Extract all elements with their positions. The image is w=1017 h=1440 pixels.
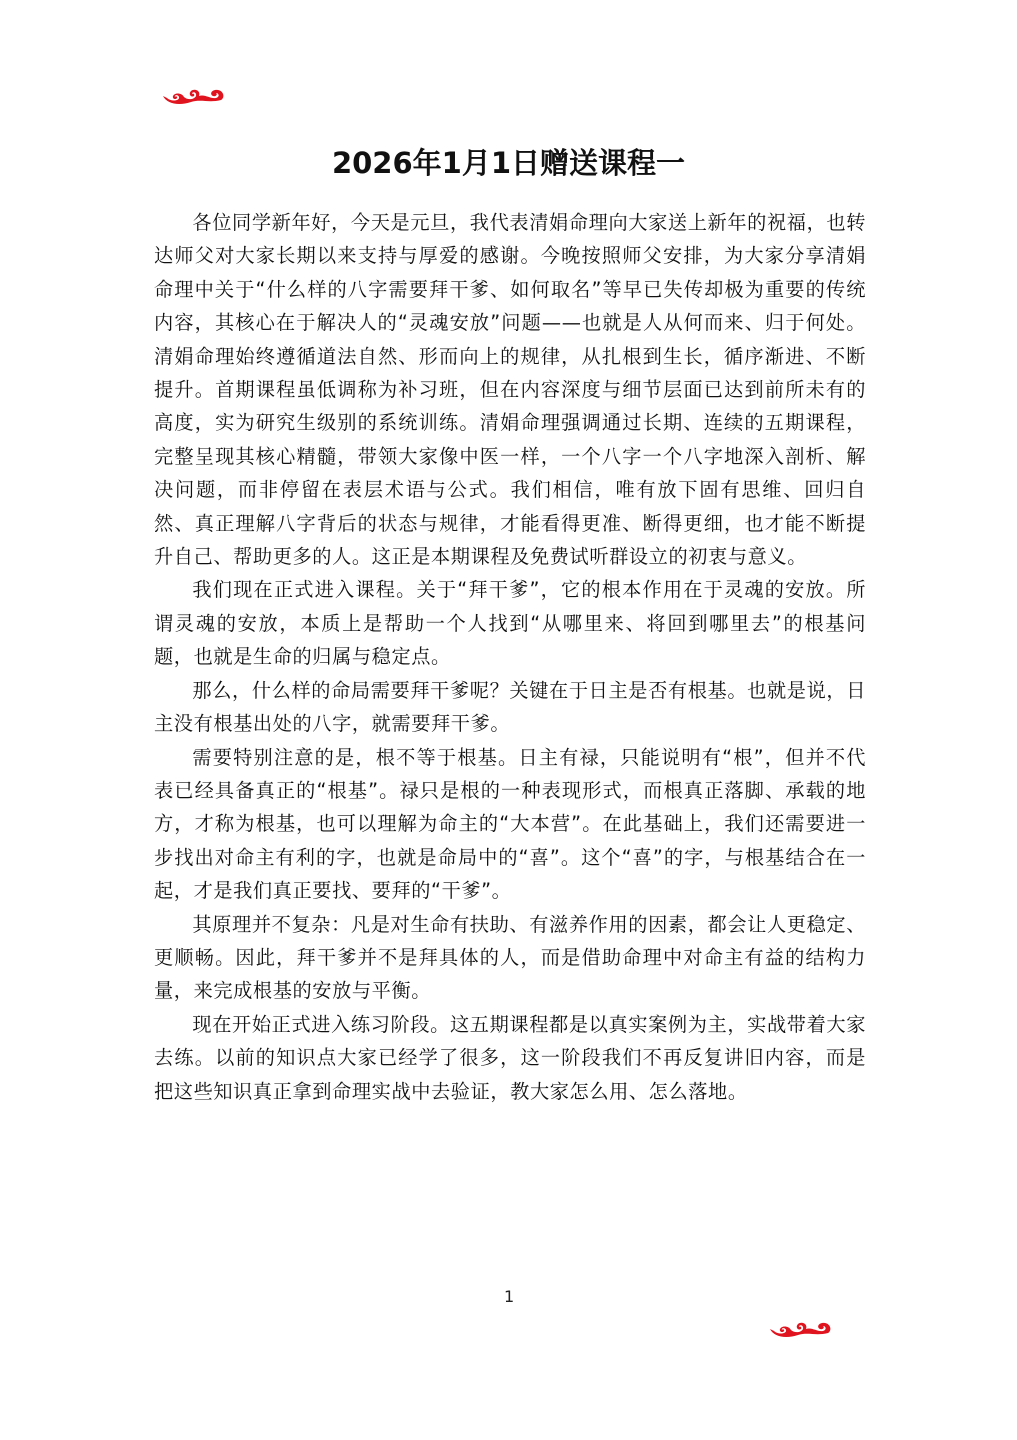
paragraph-practice: 现在开始正式进入练习阶段。这五期课程都是以真实案例为主，实战带着大家去练。以前的… xyxy=(154,1008,866,1108)
page-number: 1 xyxy=(504,1287,514,1306)
paragraph-root-foundation: 需要特别注意的是，根不等于根基。日主有禄，只能说明有“根”，但并不代表已经具备真… xyxy=(154,741,866,908)
paragraph-course-start: 我们现在正式进入课程。关于“拜干爹”，它的根本作用在于灵魂的安放。所谓灵魂的安放… xyxy=(154,573,866,673)
cloud-ornament-icon xyxy=(161,87,225,107)
paragraph-question: 那么，什么样的命局需要拜干爹呢？关键在于日主是否有根基。也就是说，日主没有根基出… xyxy=(154,674,866,741)
paragraph-principle: 其原理并不复杂：凡是对生命有扶助、有滋养作用的因素，都会让人更稳定、更顺畅。因此… xyxy=(154,908,866,1008)
document-body: 各位同学新年好，今天是元旦，我代表清娟命理向大家送上新年的祝福，也转达师父对大家… xyxy=(154,206,866,1108)
cloud-ornament-icon xyxy=(768,1320,832,1340)
paragraph-intro: 各位同学新年好，今天是元旦，我代表清娟命理向大家送上新年的祝福，也转达师父对大家… xyxy=(154,206,866,573)
document-title: 2026年1月1日赠送课程一 xyxy=(0,141,1017,182)
